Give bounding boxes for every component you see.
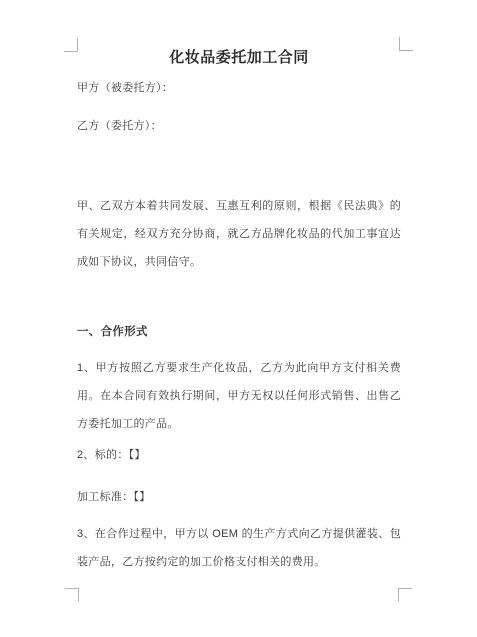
document-page: 化妆品委托加工合同 甲方（被委托方）： 乙方（委托方）： 甲、乙双方本着共同发展…	[0, 0, 477, 637]
party-b-line: 乙方（委托方）：	[77, 112, 401, 140]
processing-standard-line: 加工标准：【】	[77, 483, 401, 511]
preamble-paragraph: 甲、乙双方本着共同发展、互惠互利的原则，根据《民法典》的有关规定，经双方充分协商…	[77, 192, 401, 276]
text-boundary-mark-top-right	[399, 37, 413, 51]
text-boundary-mark-bottom-right	[398, 588, 412, 602]
document-title: 化妆品委托加工合同	[77, 46, 401, 70]
text-boundary-mark-bottom-left	[65, 588, 79, 602]
text-boundary-mark-top-left	[64, 38, 78, 52]
clause-2-line: 2、标的：【】	[77, 441, 401, 469]
party-a-line: 甲方（被委托方）：	[77, 74, 401, 102]
clause-3-paragraph: 3、在合作过程中，甲方以 OEM 的生产方式向乙方提供灌装、包装产品，乙方按约定…	[77, 520, 401, 576]
clause-1-paragraph: 1、甲方按照乙方要求生产化妆品，乙方为此向甲方支付相关费用。在本合同有效执行期间…	[77, 354, 401, 438]
document-body: 化妆品委托加工合同 甲方（被委托方）： 乙方（委托方）： 甲、乙双方本着共同发展…	[77, 46, 401, 576]
section-1-heading: 一、合作形式	[77, 318, 401, 346]
